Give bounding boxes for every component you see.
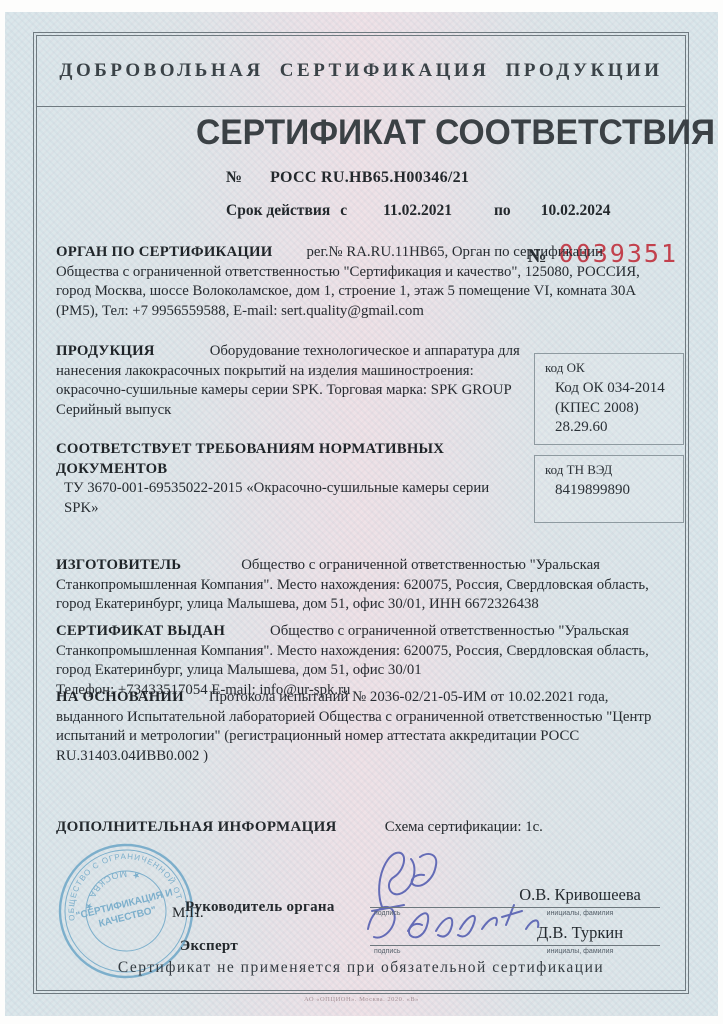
validity-from-date: 11.02.2021 [383, 202, 452, 220]
expert-name-caption: инициалы, фамилия [500, 948, 660, 955]
certificate-title: СЕРТИФИКАТ СООТВЕТСТВИЯ [196, 113, 715, 153]
ok-code-box: код ОК Код ОК 034-2014 (КПЕС 2008) 28.29… [534, 353, 684, 445]
section-product: ПРОДУКЦИЯОборудование технологическое и … [56, 342, 534, 420]
validity-to-label: по [494, 202, 511, 220]
head-signature-line [370, 907, 520, 908]
validity-row: Срок действия с 11.02.2021 по 10.02.2024 [226, 202, 610, 220]
expert-name: Д.В. Туркин [500, 923, 660, 943]
section-basis: НА ОСНОВАНИИПротокола испытаний № 2036-0… [56, 688, 674, 766]
certificate-number-row: № РОСС RU.HB65.H00346/21 [226, 169, 469, 187]
head-signature-caption: подпись [374, 910, 400, 917]
validity-from-label: с [340, 202, 347, 220]
validity-label: Срок действия [226, 202, 330, 220]
product-label: ПРОДУКЦИЯ [56, 343, 155, 359]
complies-text: ТУ 3670-001-69535022-2015 «Окрасочно-суш… [56, 479, 526, 518]
top-banner: ДОБРОВОЛЬНАЯ СЕРТИФИКАЦИЯ ПРОДУКЦИИ [37, 36, 685, 107]
certification-body-label: ОРГАН ПО СЕРТИФИКАЦИИ [56, 244, 272, 260]
head-name: О.В. Кривошеева [500, 885, 660, 905]
ok-code-line1: Код ОК 034-2014 [555, 379, 675, 399]
certificate-frame: ДОБРОВОЛЬНАЯ СЕРТИФИКАЦИЯ ПРОДУКЦИИ СЕРТ… [33, 32, 689, 994]
section-certification-body: ОРГАН ПО СЕРТИФИКАЦИИрег.№ RA.RU.11НВ65,… [56, 243, 668, 321]
head-name-line [500, 907, 660, 908]
ok-code-line3: 28.29.60 [555, 418, 675, 438]
tnved-code-box: код ТН ВЭД 8419899890 [534, 455, 684, 523]
expert-name-line [500, 945, 660, 946]
printing-house-info: АО «ОПЦИОН». Москва. 2020. «В» [0, 996, 723, 1003]
ok-code-line2: (КПЕС 2008) [555, 399, 675, 419]
certification-scheme: Схема сертификации: 1с. [385, 819, 543, 836]
head-signature-icon [364, 845, 484, 915]
basis-label: НА ОСНОВАНИИ [56, 689, 184, 705]
expert-signature-line [370, 945, 520, 946]
manufacturer-label: ИЗГОТОВИТЕЛЬ [56, 557, 181, 573]
validity-to-date: 10.02.2024 [541, 202, 611, 220]
head-role-label: Руководитель орга­на [185, 899, 335, 916]
complies-label: СООТВЕТСТВУЕТ ТРЕБОВАНИЯМ НОРМАТИВНЫХ ДО… [56, 440, 526, 479]
additional-info-label: ДОПОЛНИТЕЛЬНАЯ ИНФОРМАЦИЯ [56, 819, 337, 836]
issued-to-label: СЕРТИФИКАТ ВЫДАН [56, 623, 225, 639]
expert-role-label: Эксперт [180, 938, 238, 955]
tnved-value: 8419899890 [545, 481, 675, 501]
banner-text: ДОБРОВОЛЬНАЯ СЕРТИФИКАЦИЯ ПРОДУКЦИИ [59, 60, 662, 82]
disclaimer-text: Сертификат не применяется при обязательн… [34, 959, 688, 977]
head-name-caption: инициалы, фамилия [500, 910, 660, 917]
section-manufacturer: ИЗГОТОВИТЕЛЬОбщество с ограниченной отве… [56, 556, 670, 615]
number-sign: № [226, 169, 242, 187]
product-serial: Серийный выпуск [56, 401, 534, 421]
expert-signature-caption: подпись [374, 948, 400, 955]
tnved-label: код ТН ВЭД [545, 462, 675, 478]
section-complies: СООТВЕТСТВУЕТ ТРЕБОВАНИЯМ НОРМАТИВНЫХ ДО… [56, 440, 526, 518]
certificate-number: РОСС RU.HB65.H00346/21 [270, 169, 469, 187]
ok-code-label: код ОК [545, 360, 675, 376]
ok-code-value: Код ОК 034-2014 (КПЕС 2008) 28.29.60 [545, 379, 675, 438]
section-additional-info: ДОПОЛНИТЕЛЬНАЯ ИНФОРМАЦИЯ Схема сертифик… [56, 819, 543, 836]
